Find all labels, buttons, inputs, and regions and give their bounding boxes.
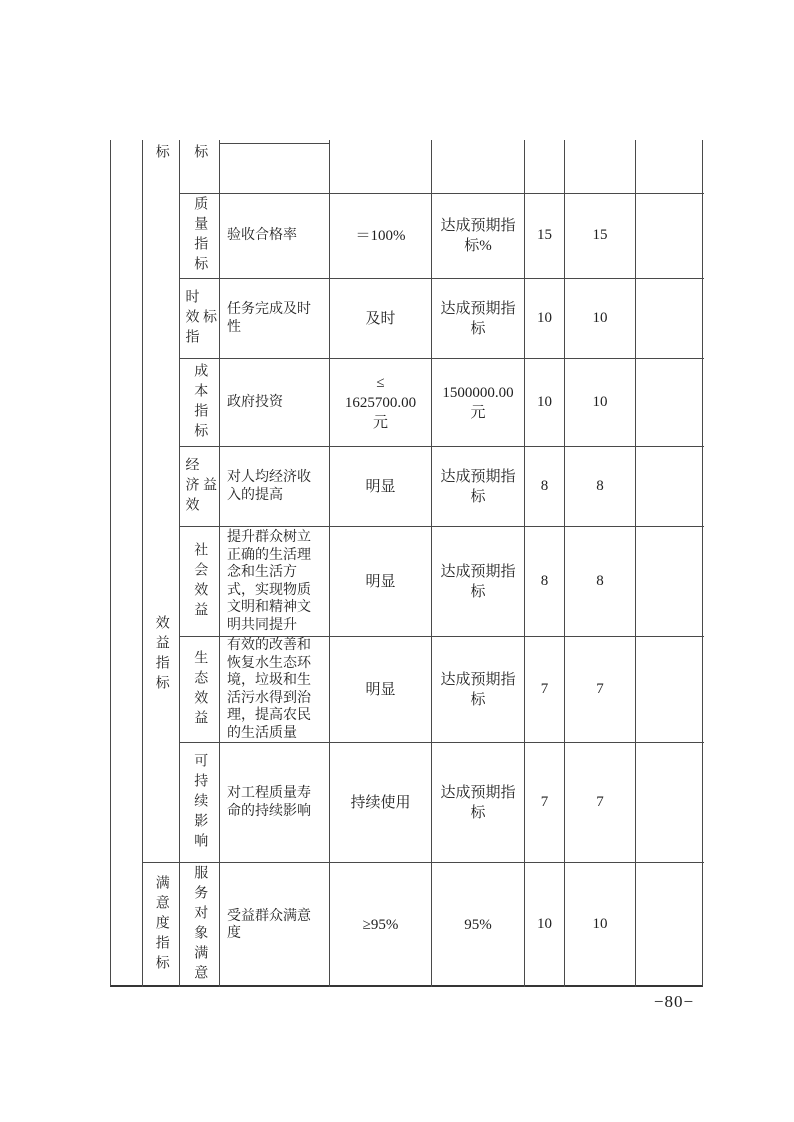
score-cell: 10 <box>565 863 636 987</box>
weight-cell: 8 <box>525 447 565 527</box>
score-cell: 8 <box>565 527 636 637</box>
target-value-cell: ≥95% <box>330 863 432 987</box>
category-label-tail: 标 <box>191 144 209 164</box>
weight-cell: 7 <box>525 743 565 863</box>
score-cell <box>565 140 636 194</box>
result-value-cell: 达成预期指标 <box>432 743 525 863</box>
weight-cell: 8 <box>525 527 565 637</box>
result-value-cell: 达成预期指标 <box>432 637 525 743</box>
group-output-tail-cell: 标 <box>143 140 180 447</box>
group-satisfaction-label: 满意度指标 <box>152 875 170 975</box>
cell-box-top-border <box>220 143 329 144</box>
continued-empty-boxed-cell <box>220 140 330 194</box>
category-label: 成本指标 <box>191 363 209 443</box>
result-value: 达成预期指标% <box>441 216 516 256</box>
indicator-name-cell: 验收合格率 <box>220 194 330 279</box>
category-label: 经济效益 <box>182 447 217 526</box>
score-cell: 15 <box>565 194 636 279</box>
category-label: 社会效益 <box>191 542 209 622</box>
result-value-cell: 达成预期指标 <box>432 447 525 527</box>
target-value: ≤ 1625700.00 元 <box>345 373 416 433</box>
target-value-cell: 明显 <box>330 447 432 527</box>
result-value-cell: 达成预期指标% <box>432 194 525 279</box>
document-page: 标 效益指标 满意度指标 标 质量指标 时效指标 成本指标 经济效益 社会效益 … <box>0 0 794 1122</box>
target-value: 及时 <box>365 309 395 329</box>
empty-cell <box>636 743 704 863</box>
weight-cell: 15 <box>525 194 565 279</box>
level1-indicator-cell <box>111 140 143 987</box>
empty-cell <box>636 194 704 279</box>
result-value-cell: 95% <box>432 863 525 987</box>
indicator-name-cell: 有效的改善和恢复水生态环境，垃圾和生活污水得到治理，提高农民的生活质量 <box>220 637 330 743</box>
result-value-cell <box>432 140 525 194</box>
target-value: 明显 <box>365 680 395 700</box>
result-value-cell: 1500000.00 元 <box>432 359 525 447</box>
empty-cell <box>636 637 704 743</box>
category-cell: 生态效益 <box>180 637 220 743</box>
target-value: 持续使用 <box>350 793 410 813</box>
result-value: 1500000.00 元 <box>442 383 513 423</box>
target-value-cell: 持续使用 <box>330 743 432 863</box>
weight-cell: 10 <box>525 279 565 359</box>
indicator-name-cell: 政府投资 <box>220 359 330 447</box>
target-value-cell: 及时 <box>330 279 432 359</box>
target-value: ≥95% <box>363 915 399 935</box>
category-cell: 可持续影响 <box>180 743 220 863</box>
category-cell: 时效指标 <box>180 279 220 359</box>
weight-cell: 7 <box>525 637 565 743</box>
category-cell: 经济效益 <box>180 447 220 527</box>
score-cell: 10 <box>565 279 636 359</box>
weight-cell: 10 <box>525 359 565 447</box>
target-value: ＝100% <box>356 226 406 246</box>
result-value-cell: 达成预期指标 <box>432 279 525 359</box>
category-tail-cell: 标 <box>180 140 220 194</box>
result-value: 达成预期指标 <box>441 467 516 507</box>
target-value-cell: ≤ 1625700.00 元 <box>330 359 432 447</box>
target-value-cell: 明显 <box>330 527 432 637</box>
result-value-cell: 达成预期指标 <box>432 527 525 637</box>
score-cell: 7 <box>565 743 636 863</box>
category-label: 质量指标 <box>191 196 209 276</box>
group-satisfaction-cell: 满意度指标 <box>143 863 180 987</box>
result-value: 达成预期指标 <box>441 783 516 823</box>
target-value: 明显 <box>365 572 395 592</box>
empty-cell <box>636 863 704 987</box>
empty-cell <box>636 140 704 194</box>
indicator-name-cell: 提升群众树立正确的生活理念和生活方式，实现物质文明和精神文明共同提升 <box>220 527 330 637</box>
result-value: 95% <box>464 915 492 935</box>
weight-cell: 10 <box>525 863 565 987</box>
category-label: 可持续影响 <box>191 753 209 853</box>
target-value-cell <box>330 140 432 194</box>
group-label-tail: 标 <box>152 144 170 164</box>
result-value: 达成预期指标 <box>441 299 516 339</box>
target-value-cell: ＝100% <box>330 194 432 279</box>
category-label: 生态效益 <box>191 650 209 730</box>
weight-cell <box>525 140 565 194</box>
page-number: −80− <box>648 992 700 1012</box>
category-cell: 社会效益 <box>180 527 220 637</box>
empty-cell <box>636 527 704 637</box>
empty-cell <box>636 279 704 359</box>
score-cell: 7 <box>565 637 636 743</box>
empty-cell <box>636 447 704 527</box>
indicator-name-cell: 对人均经济收入的提高 <box>220 447 330 527</box>
target-value-cell: 明显 <box>330 637 432 743</box>
indicator-name-cell: 受益群众满意度 <box>220 863 330 987</box>
category-cell: 服务对象满意 <box>180 863 220 987</box>
category-label: 时效指标 <box>182 279 217 358</box>
indicator-name-cell: 对工程质量寿命的持续影响 <box>220 743 330 863</box>
category-label: 服务对象满意 <box>191 865 209 985</box>
performance-indicator-table: 标 效益指标 满意度指标 标 质量指标 时效指标 成本指标 经济效益 社会效益 … <box>110 140 703 987</box>
category-cell: 质量指标 <box>180 194 220 279</box>
indicator-name-cell: 任务完成及时性 <box>220 279 330 359</box>
empty-cell <box>636 359 704 447</box>
target-value: 明显 <box>365 477 395 497</box>
result-value: 达成预期指标 <box>441 670 516 710</box>
group-benefit-label: 效益指标 <box>152 615 170 695</box>
result-value: 达成预期指标 <box>441 562 516 602</box>
category-cell: 成本指标 <box>180 359 220 447</box>
score-cell: 10 <box>565 359 636 447</box>
group-benefit-cell: 效益指标 <box>143 447 180 863</box>
score-cell: 8 <box>565 447 636 527</box>
